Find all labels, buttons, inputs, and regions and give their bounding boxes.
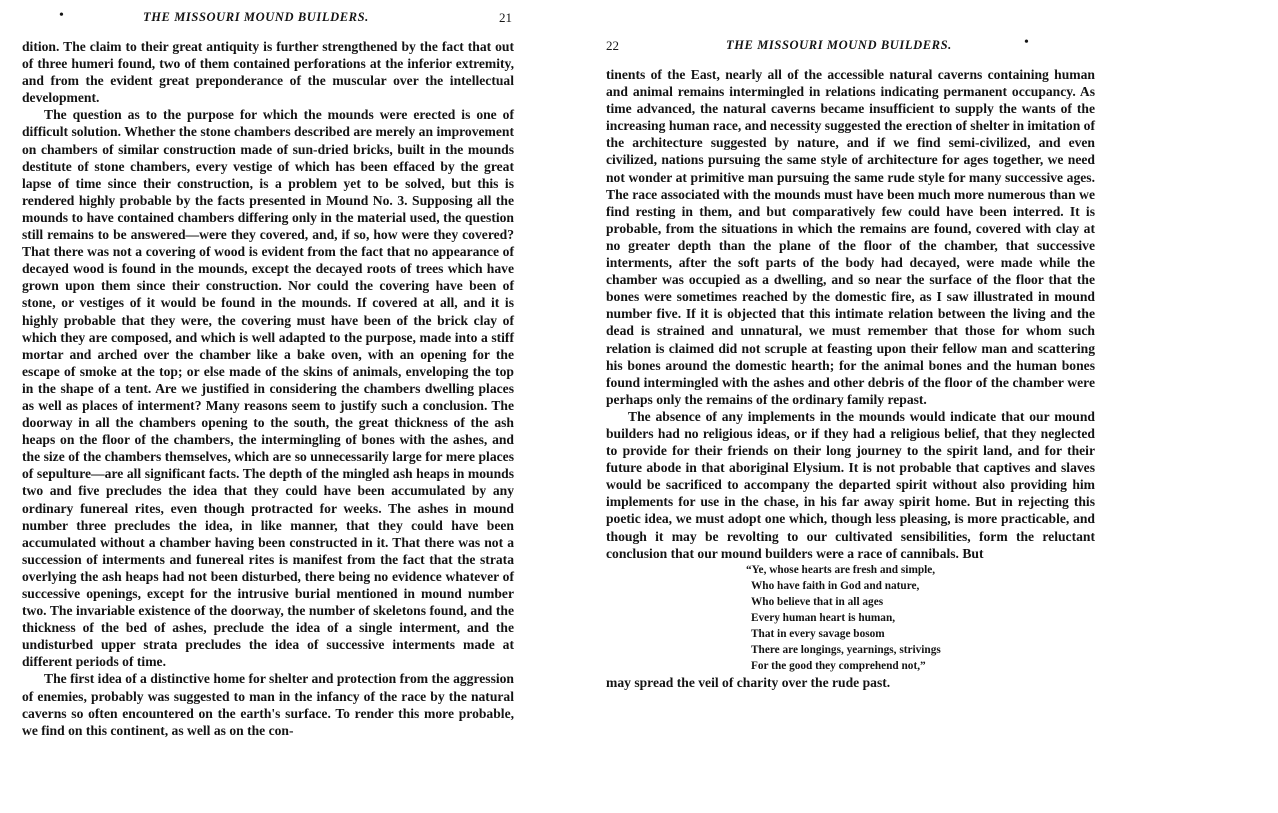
poem-line: That in every savage bosom — [746, 626, 1095, 642]
running-title: THE MISSOURI MOUND BUILDERS. — [143, 10, 369, 25]
poem-line: Who have faith in God and nature, — [746, 578, 1095, 594]
paragraph: dition. The claim to their great antiqui… — [22, 38, 514, 106]
right-running-head: 22 THE MISSOURI MOUND BUILDERS. • — [606, 10, 1095, 26]
left-running-head: • THE MISSOURI MOUND BUILDERS. 21 — [22, 10, 514, 26]
page-number: 21 — [499, 10, 512, 26]
poem-line: There are longings, yearnings, strivings — [746, 642, 1095, 658]
poem-line: “Ye, whose hearts are fresh and simple, — [746, 562, 1095, 578]
poem-line: For the good they comprehend not,” — [746, 658, 1095, 674]
poem-line: Every human heart is human, — [746, 610, 1095, 626]
running-title: THE MISSOURI MOUND BUILDERS. — [726, 38, 952, 53]
right-body-text: tinents of the East, nearly all of the a… — [606, 66, 1095, 691]
poem-line: Who believe that in all ages — [746, 594, 1095, 610]
ornament-dot: • — [59, 8, 64, 24]
paragraph: tinents of the East, nearly all of the a… — [606, 66, 1095, 408]
closing-line: may spread the veil of charity over the … — [606, 674, 1095, 691]
ornament-dot: • — [1024, 35, 1029, 51]
left-body-text: dition. The claim to their great antiqui… — [22, 38, 514, 739]
paragraph: The absence of any implements in the mou… — [606, 408, 1095, 562]
page-number: 22 — [606, 38, 619, 54]
paragraph: The question as to the purpose for which… — [22, 106, 514, 670]
paragraph: The first idea of a distinctive home for… — [22, 670, 514, 738]
poem-quotation: “Ye, whose hearts are fresh and simple, … — [746, 562, 1095, 674]
